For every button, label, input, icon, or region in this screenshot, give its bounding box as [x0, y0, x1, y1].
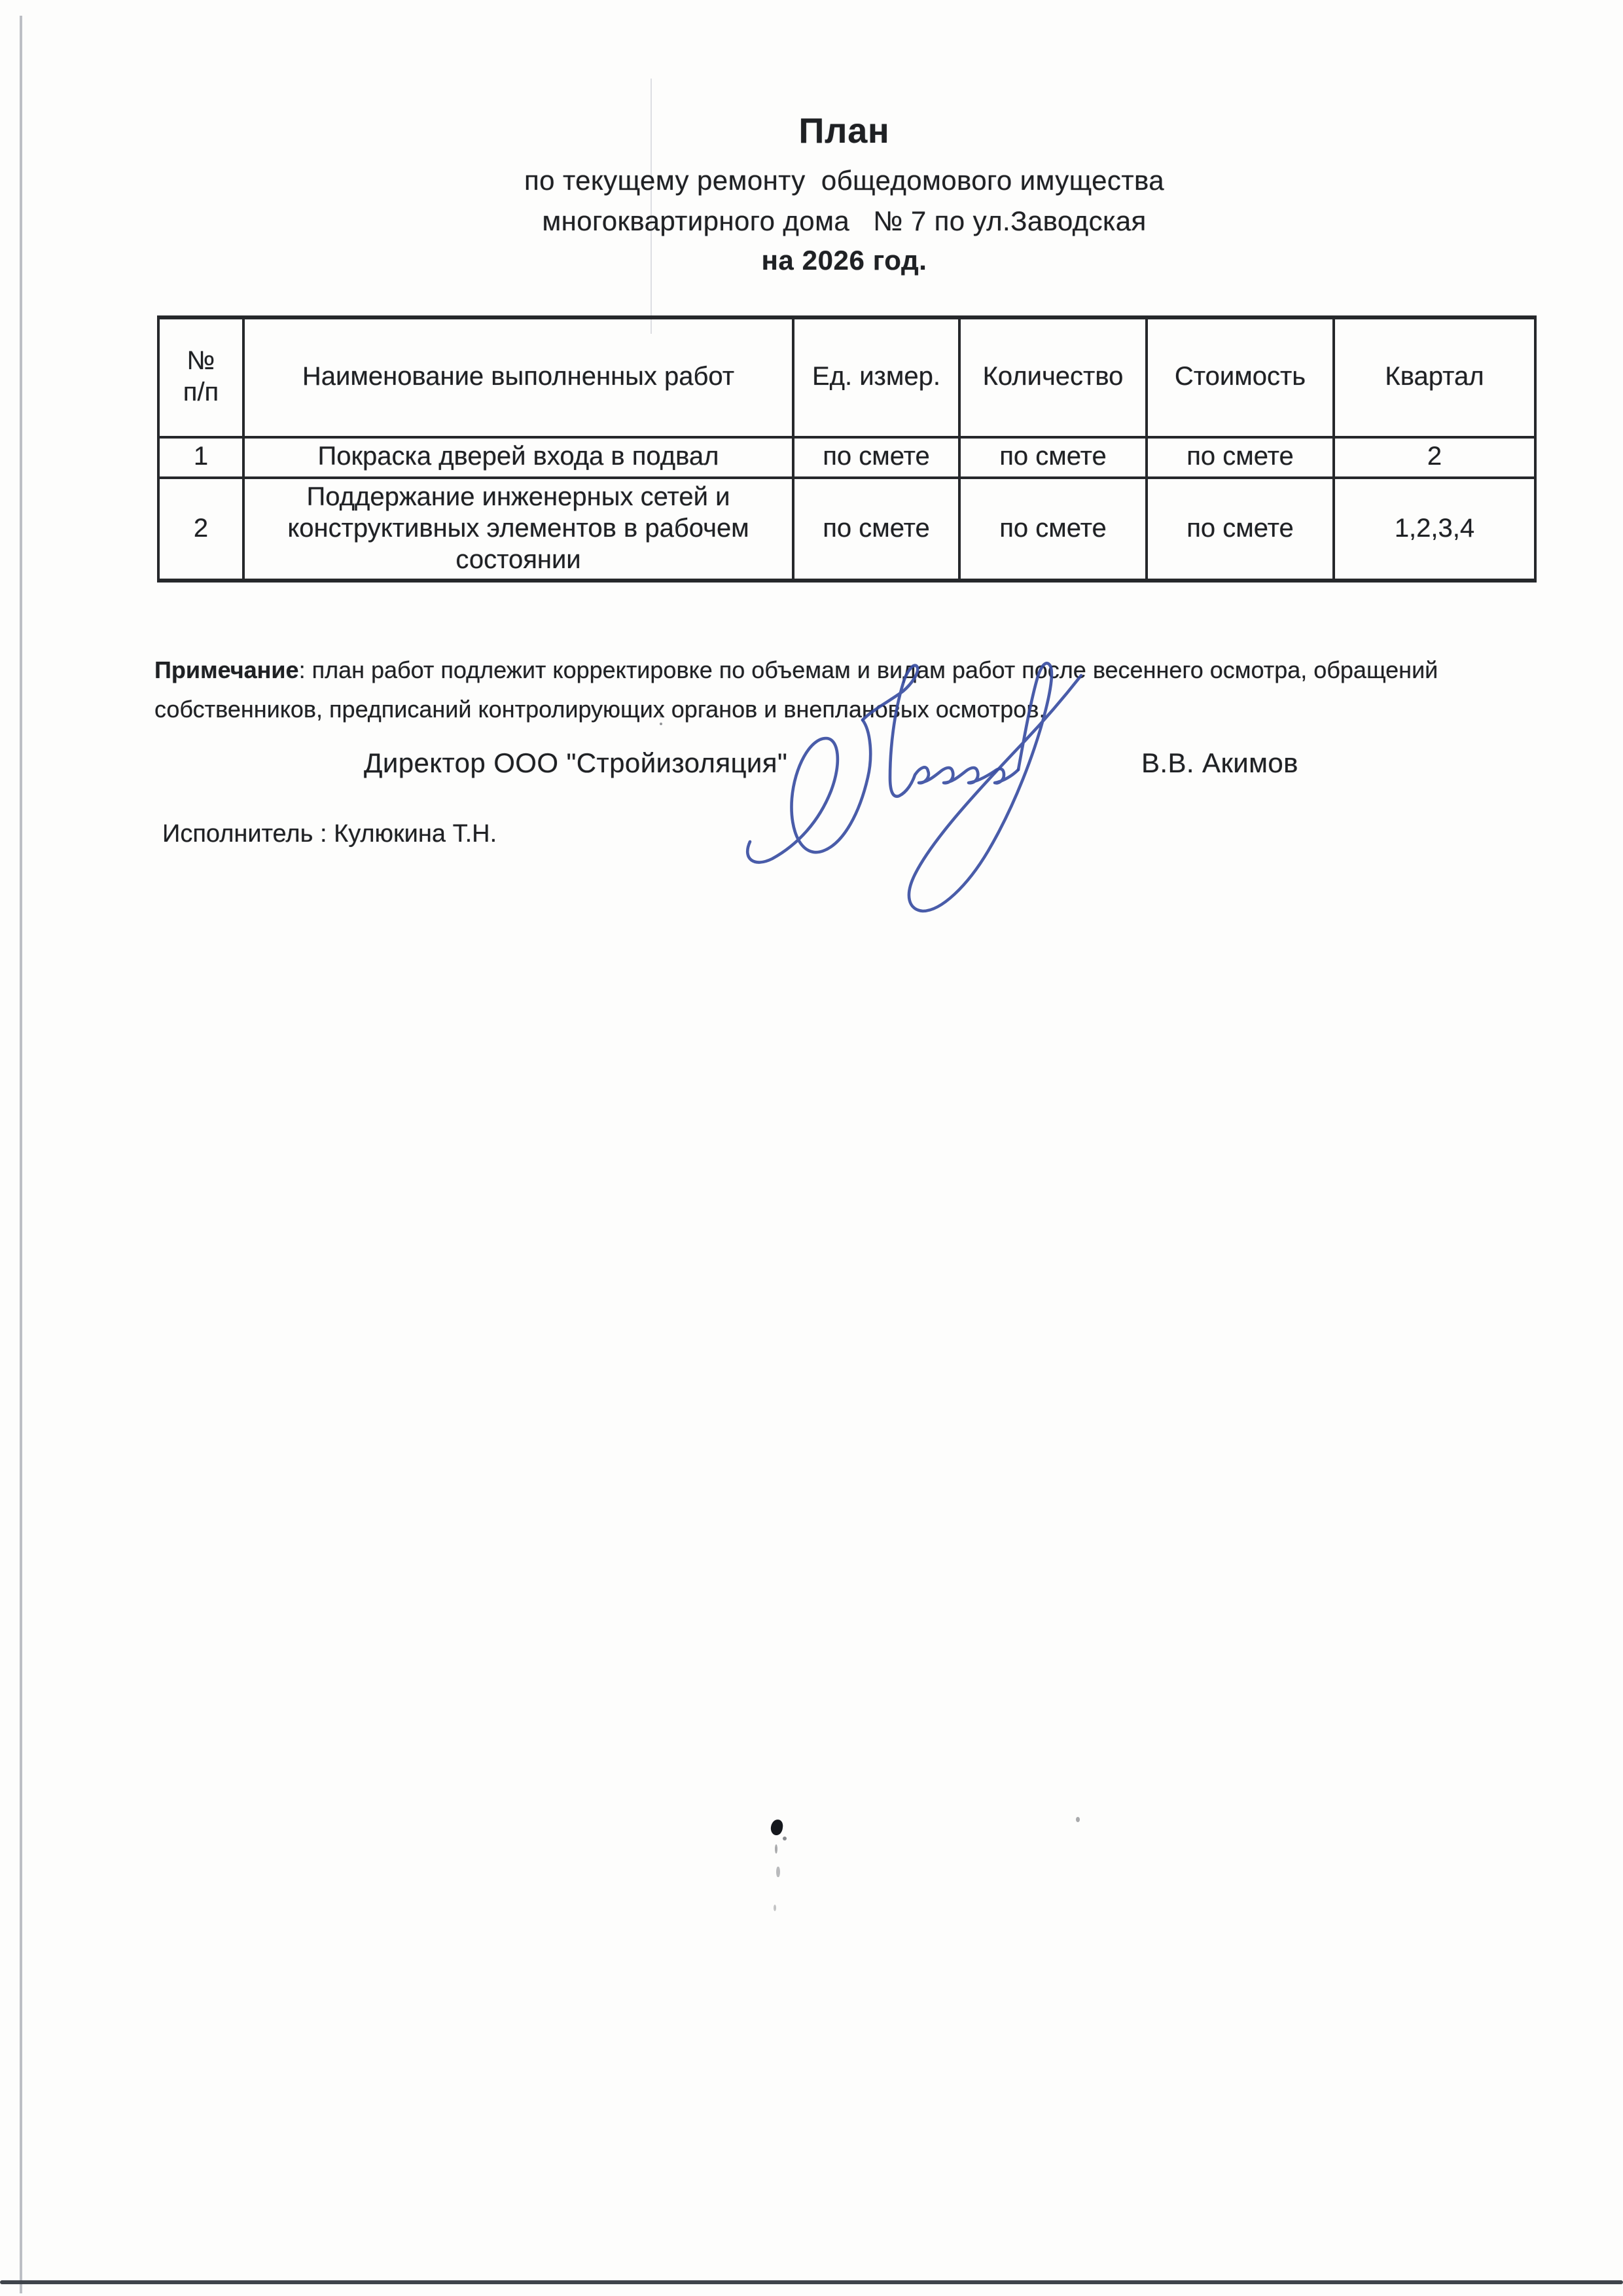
table-header-row: № п/п Наименование выполненных работ Ед.… [158, 317, 1535, 437]
signature-stroke-letters [863, 666, 1018, 797]
column-header-cost: Стоимость [1147, 317, 1334, 437]
column-header-quarter: Квартал [1334, 317, 1535, 437]
cost-cell: по смете [1147, 437, 1334, 477]
director-title-label: Директор ООО "Стройизоляция" [364, 749, 787, 780]
table-row: 2 Поддержание инженерных сетей и констру… [158, 477, 1535, 581]
unit-cell: по смете [793, 437, 959, 477]
scan-edge-artifact-bottom [0, 2280, 1623, 2284]
works-plan-table: № п/п Наименование выполненных работ Ед.… [157, 315, 1537, 583]
ink-speck [775, 1844, 777, 1854]
signature-stroke-descender-loop [909, 663, 1081, 911]
executor-label: Исполнитель : Кулюкина Т.Н. [162, 821, 497, 850]
director-name: В.В. Акимов [1141, 749, 1298, 780]
ink-speck [1076, 1817, 1080, 1822]
quarter-cell: 1,2,3,4 [1334, 477, 1535, 581]
document-subtitle-year: на 2026 год. [65, 246, 1623, 278]
signature-stroke-flourish [747, 720, 870, 863]
ink-speck [776, 1867, 779, 1877]
work-name-cell: Покраска дверей входа в подвал [243, 437, 793, 477]
table-row: 1 Покраска дверей входа в подвал по смет… [158, 437, 1535, 477]
ink-blot-artifact [770, 1819, 783, 1836]
quantity-cell: по смете [959, 437, 1147, 477]
column-header-quantity: Количество [959, 317, 1147, 437]
ink-speck [774, 1905, 776, 1911]
document-subtitle-line-2: многоквартирного дома № 7 по ул.Заводска… [65, 207, 1623, 238]
quarter-cell: 2 [1334, 437, 1535, 477]
row-number-cell: 2 [158, 477, 243, 581]
column-header-work-name: Наименование выполненных работ [243, 317, 793, 437]
column-header-unit: Ед. измер. [793, 317, 959, 437]
row-number-cell: 1 [158, 437, 243, 477]
ink-speck [783, 1837, 787, 1840]
scan-edge-artifact-left [20, 16, 22, 2293]
column-header-number: № п/п [158, 317, 243, 437]
document-title: План [65, 111, 1623, 152]
scanned-document-page: План по текущему ремонту общедомового им… [0, 0, 1623, 2296]
note-label: Примечание [154, 657, 299, 683]
work-name-cell: Поддержание инженерных сетей и конструкт… [243, 477, 793, 581]
signature-ink [737, 652, 1119, 937]
document-subtitle-line-1: по текущему ремонту общедомового имущест… [65, 166, 1623, 198]
unit-cell: по смете [793, 477, 959, 581]
quantity-cell: по смете [959, 477, 1147, 581]
cost-cell: по смете [1147, 477, 1334, 581]
